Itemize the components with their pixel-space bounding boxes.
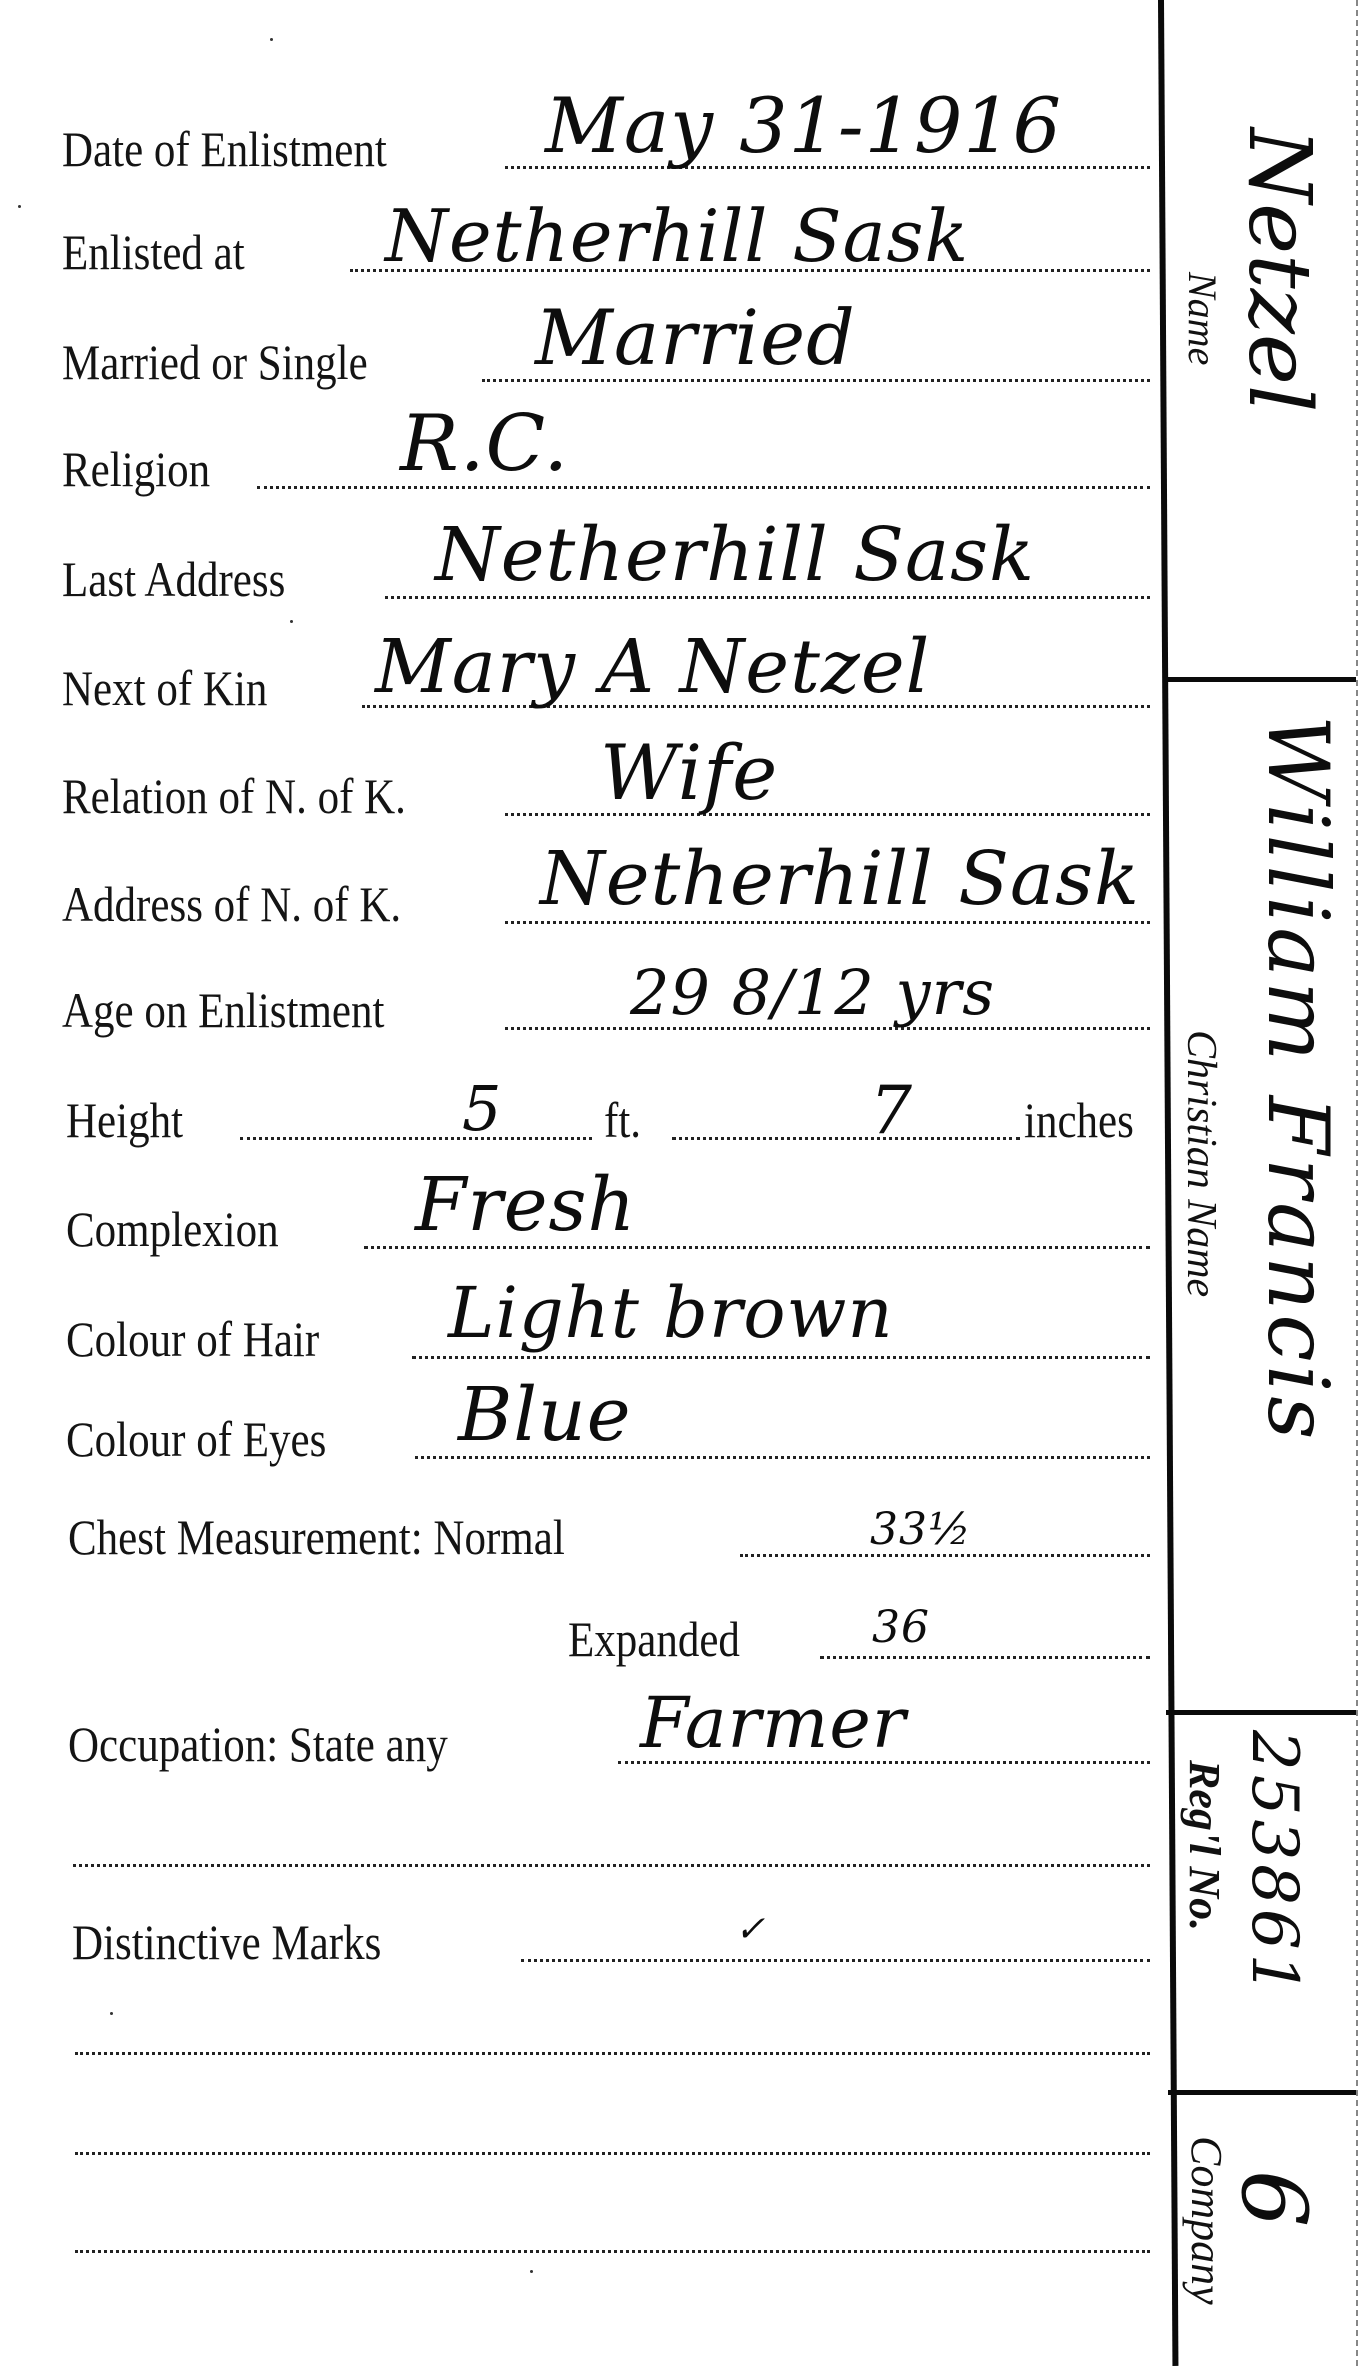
last-address-label: Last Address	[62, 554, 285, 604]
christian-name-label: Christian Name	[1180, 1030, 1222, 1297]
blank-line-2	[75, 2152, 1150, 2155]
last-address-value: Netherhill Sask	[435, 518, 1035, 592]
chest-normal-value: 33½	[870, 1508, 972, 1552]
surname-label: Name	[1182, 272, 1222, 365]
enlisted-at-label: Enlisted at	[62, 227, 245, 277]
married-or-single-label: Married or Single	[62, 337, 368, 387]
distinctive-marks-label: Distinctive Marks	[72, 1917, 381, 1967]
complexion-label: Complexion	[66, 1204, 279, 1254]
card-right-edge	[1356, 0, 1358, 2366]
blank-line-1	[75, 2052, 1150, 2055]
height-feet-unit: ft.	[604, 1095, 641, 1145]
next-of-kin-label: Next of Kin	[62, 663, 267, 713]
chest-expanded-label: Expanded	[568, 1614, 740, 1664]
paper-speck	[270, 38, 273, 41]
distinctive-marks-line	[521, 1959, 1150, 1962]
paper-speck	[18, 205, 21, 208]
column-divider	[1158, 0, 1178, 2366]
occupation-label: Occupation: State any	[68, 1719, 448, 1769]
distinctive-marks-value: ✓	[735, 1912, 766, 1948]
age-on-enlistment-label: Age on Enlistment	[62, 985, 384, 1035]
name-section-divider	[1164, 677, 1356, 682]
address-nok-value: Netherhill Sask	[540, 842, 1140, 916]
enlistment-card: Date of Enlistment May 31-1916 Enlisted …	[0, 0, 1370, 2366]
religion-label: Religion	[62, 444, 210, 494]
regl-no-label: Reg'l No.	[1182, 1760, 1226, 1931]
regl-no-section-divider	[1168, 2090, 1356, 2095]
next-of-kin-value: Mary A Netzel	[375, 630, 930, 704]
date-of-enlistment-label: Date of Enlistment	[62, 124, 387, 174]
colour-of-eyes-value: Blue	[458, 1378, 632, 1452]
date-of-enlistment-value: May 31-1916	[545, 88, 1062, 164]
christian-name-value: William Francis	[1256, 715, 1340, 1443]
religion-value: R.C.	[400, 405, 569, 483]
chest-expanded-value: 36	[872, 1606, 930, 1650]
chest-normal-label: Chest Measurement: Normal	[68, 1512, 565, 1562]
relation-nok-value: Wife	[600, 735, 778, 811]
chest-expanded-line	[820, 1656, 1150, 1659]
blank-line-3	[75, 2250, 1150, 2253]
paper-speck	[68, 790, 71, 793]
paper-speck	[110, 2012, 113, 2015]
age-on-enlistment-value: 29 8/12 yrs	[630, 962, 995, 1024]
occupation-continuation-line	[73, 1864, 1150, 1867]
complexion-value: Fresh	[415, 1168, 636, 1242]
surname-value: Netzel	[1236, 128, 1322, 412]
height-inches-unit: inches	[1024, 1095, 1134, 1145]
colour-of-eyes-label: Colour of Eyes	[66, 1414, 326, 1464]
address-nok-label: Address of N. of K.	[62, 879, 401, 929]
paper-speck	[530, 2270, 533, 2273]
colour-of-hair-label: Colour of Hair	[66, 1314, 319, 1364]
height-inches-line	[672, 1137, 1020, 1140]
height-inches-value: 7	[870, 1078, 913, 1144]
religion-line	[257, 486, 1150, 489]
colour-of-hair-value: Light brown	[448, 1278, 894, 1348]
height-feet-line	[240, 1137, 592, 1140]
paper-speck	[290, 620, 293, 623]
regl-no-value: 253861	[1242, 1730, 1306, 1998]
christian-name-section-divider	[1166, 1710, 1356, 1715]
occupation-value: Farmer	[640, 1688, 906, 1758]
colour-of-hair-line	[412, 1356, 1150, 1359]
height-label: Height	[66, 1095, 183, 1145]
height-feet-value: 5	[462, 1078, 502, 1140]
enlisted-at-value: Netherhill Sask	[385, 200, 969, 272]
company-value: 6	[1228, 2170, 1318, 2227]
married-or-single-value: Married	[535, 300, 856, 376]
relation-nok-label: Relation of N. of K.	[62, 771, 406, 821]
